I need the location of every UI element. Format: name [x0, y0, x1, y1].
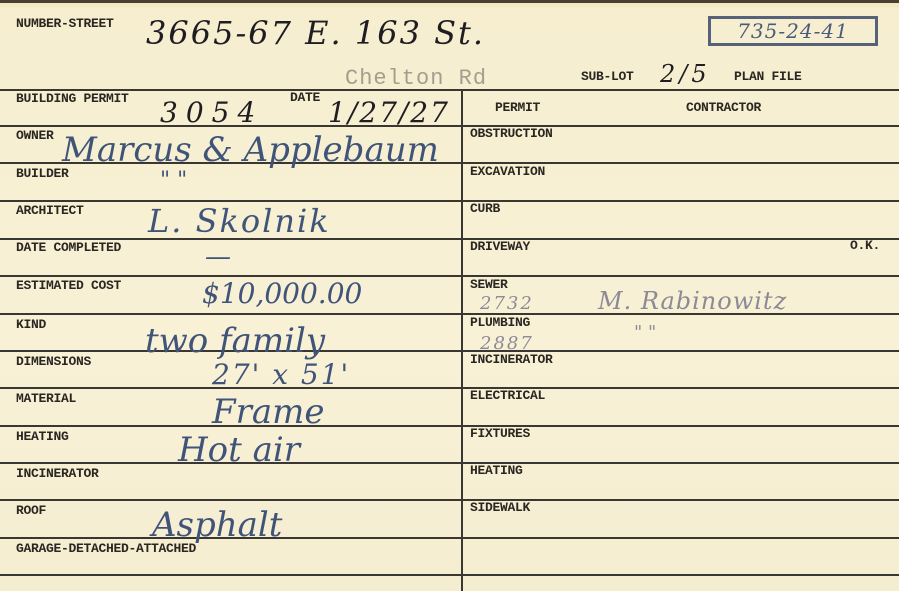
- sewer-permit-number: 2732: [480, 293, 534, 314]
- rule-line: [0, 89, 899, 91]
- label-building-permit: BUILDING PERMIT: [16, 91, 129, 106]
- rule-line: [0, 350, 899, 352]
- rule-line: [0, 200, 899, 202]
- date-label: DATE: [290, 90, 320, 105]
- contractor-column-header: CONTRACTOR: [686, 100, 761, 115]
- rule-line: [0, 238, 899, 240]
- rule-line: [0, 425, 899, 427]
- label-curb: CURB: [470, 201, 500, 216]
- plan-file-label: PLAN FILE: [734, 69, 802, 84]
- owner-value: Marcus & Applebaum: [62, 130, 439, 170]
- label-electrical: ELECTRICAL: [470, 388, 545, 403]
- material-value: Frame: [212, 392, 324, 432]
- rule-line: [0, 275, 899, 277]
- label-heating-permit: HEATING: [470, 463, 523, 478]
- permit-card: NUMBER-STREET 3665-67 E. 163 St. 735-24-…: [0, 0, 899, 591]
- date-value: 1/27/27: [328, 96, 450, 129]
- date-completed-value: —: [205, 242, 231, 272]
- sub-lot-value: 2/5: [660, 60, 711, 88]
- building-permit-value: 3054: [160, 96, 263, 129]
- dimensions-value: 27' x 51': [212, 358, 350, 391]
- estimated-cost-value: $10,000.00: [202, 277, 362, 310]
- rule-line: [0, 387, 899, 389]
- label-incinerator: INCINERATOR: [16, 466, 99, 481]
- heating-value: Hot air: [178, 430, 300, 470]
- label-plumbing: PLUMBING: [470, 315, 530, 330]
- plumbing-permit-number: 2887: [480, 333, 534, 354]
- label-roof: ROOF: [16, 503, 46, 518]
- label-material: MATERIAL: [16, 391, 76, 406]
- label-sidewalk: SIDEWALK: [470, 500, 530, 515]
- label-owner: OWNER: [16, 128, 54, 143]
- architect-value: L. Skolnik: [148, 202, 331, 240]
- label-architect: ARCHITECT: [16, 203, 84, 218]
- label-dimensions: DIMENSIONS: [16, 354, 91, 369]
- number-street-label: NUMBER-STREET: [16, 16, 114, 31]
- label-estimated-cost: ESTIMATED COST: [16, 278, 121, 293]
- card-top-edge: [0, 0, 899, 3]
- rule-line: [0, 462, 899, 464]
- kind-value: two family: [145, 321, 325, 361]
- label-excavation: EXCAVATION: [470, 164, 545, 179]
- label-fixtures: FIXTURES: [470, 426, 530, 441]
- column-divider: [461, 90, 463, 591]
- label-sewer: SEWER: [470, 277, 508, 292]
- label-date-completed: DATE COMPLETED: [16, 240, 121, 255]
- stamped-street: Chelton Rd: [345, 66, 487, 91]
- label-builder: BUILDER: [16, 166, 69, 181]
- label-heating: HEATING: [16, 429, 69, 444]
- file-number-box: 735-24-41: [708, 16, 878, 46]
- rule-line: [0, 537, 899, 539]
- label-driveway: DRIVEWAY: [470, 239, 530, 254]
- rule-line: [0, 499, 899, 501]
- rule-line: [0, 574, 899, 576]
- builder-value: " ": [160, 168, 187, 193]
- label-kind: KIND: [16, 317, 46, 332]
- sub-lot-label: SUB-LOT: [581, 69, 634, 84]
- driveway-status: O.K.: [850, 238, 880, 253]
- number-street-value: 3665-67 E. 163 St.: [146, 14, 485, 52]
- plumbing-contractor: " ": [634, 322, 656, 343]
- label-obstruction: OBSTRUCTION: [470, 126, 553, 141]
- permit-column-header: PERMIT: [495, 100, 540, 115]
- roof-value: Asphalt: [152, 505, 282, 545]
- label-incinerator-permit: INCINERATOR: [470, 352, 553, 367]
- sewer-contractor: M. Rabinowitz: [598, 287, 787, 315]
